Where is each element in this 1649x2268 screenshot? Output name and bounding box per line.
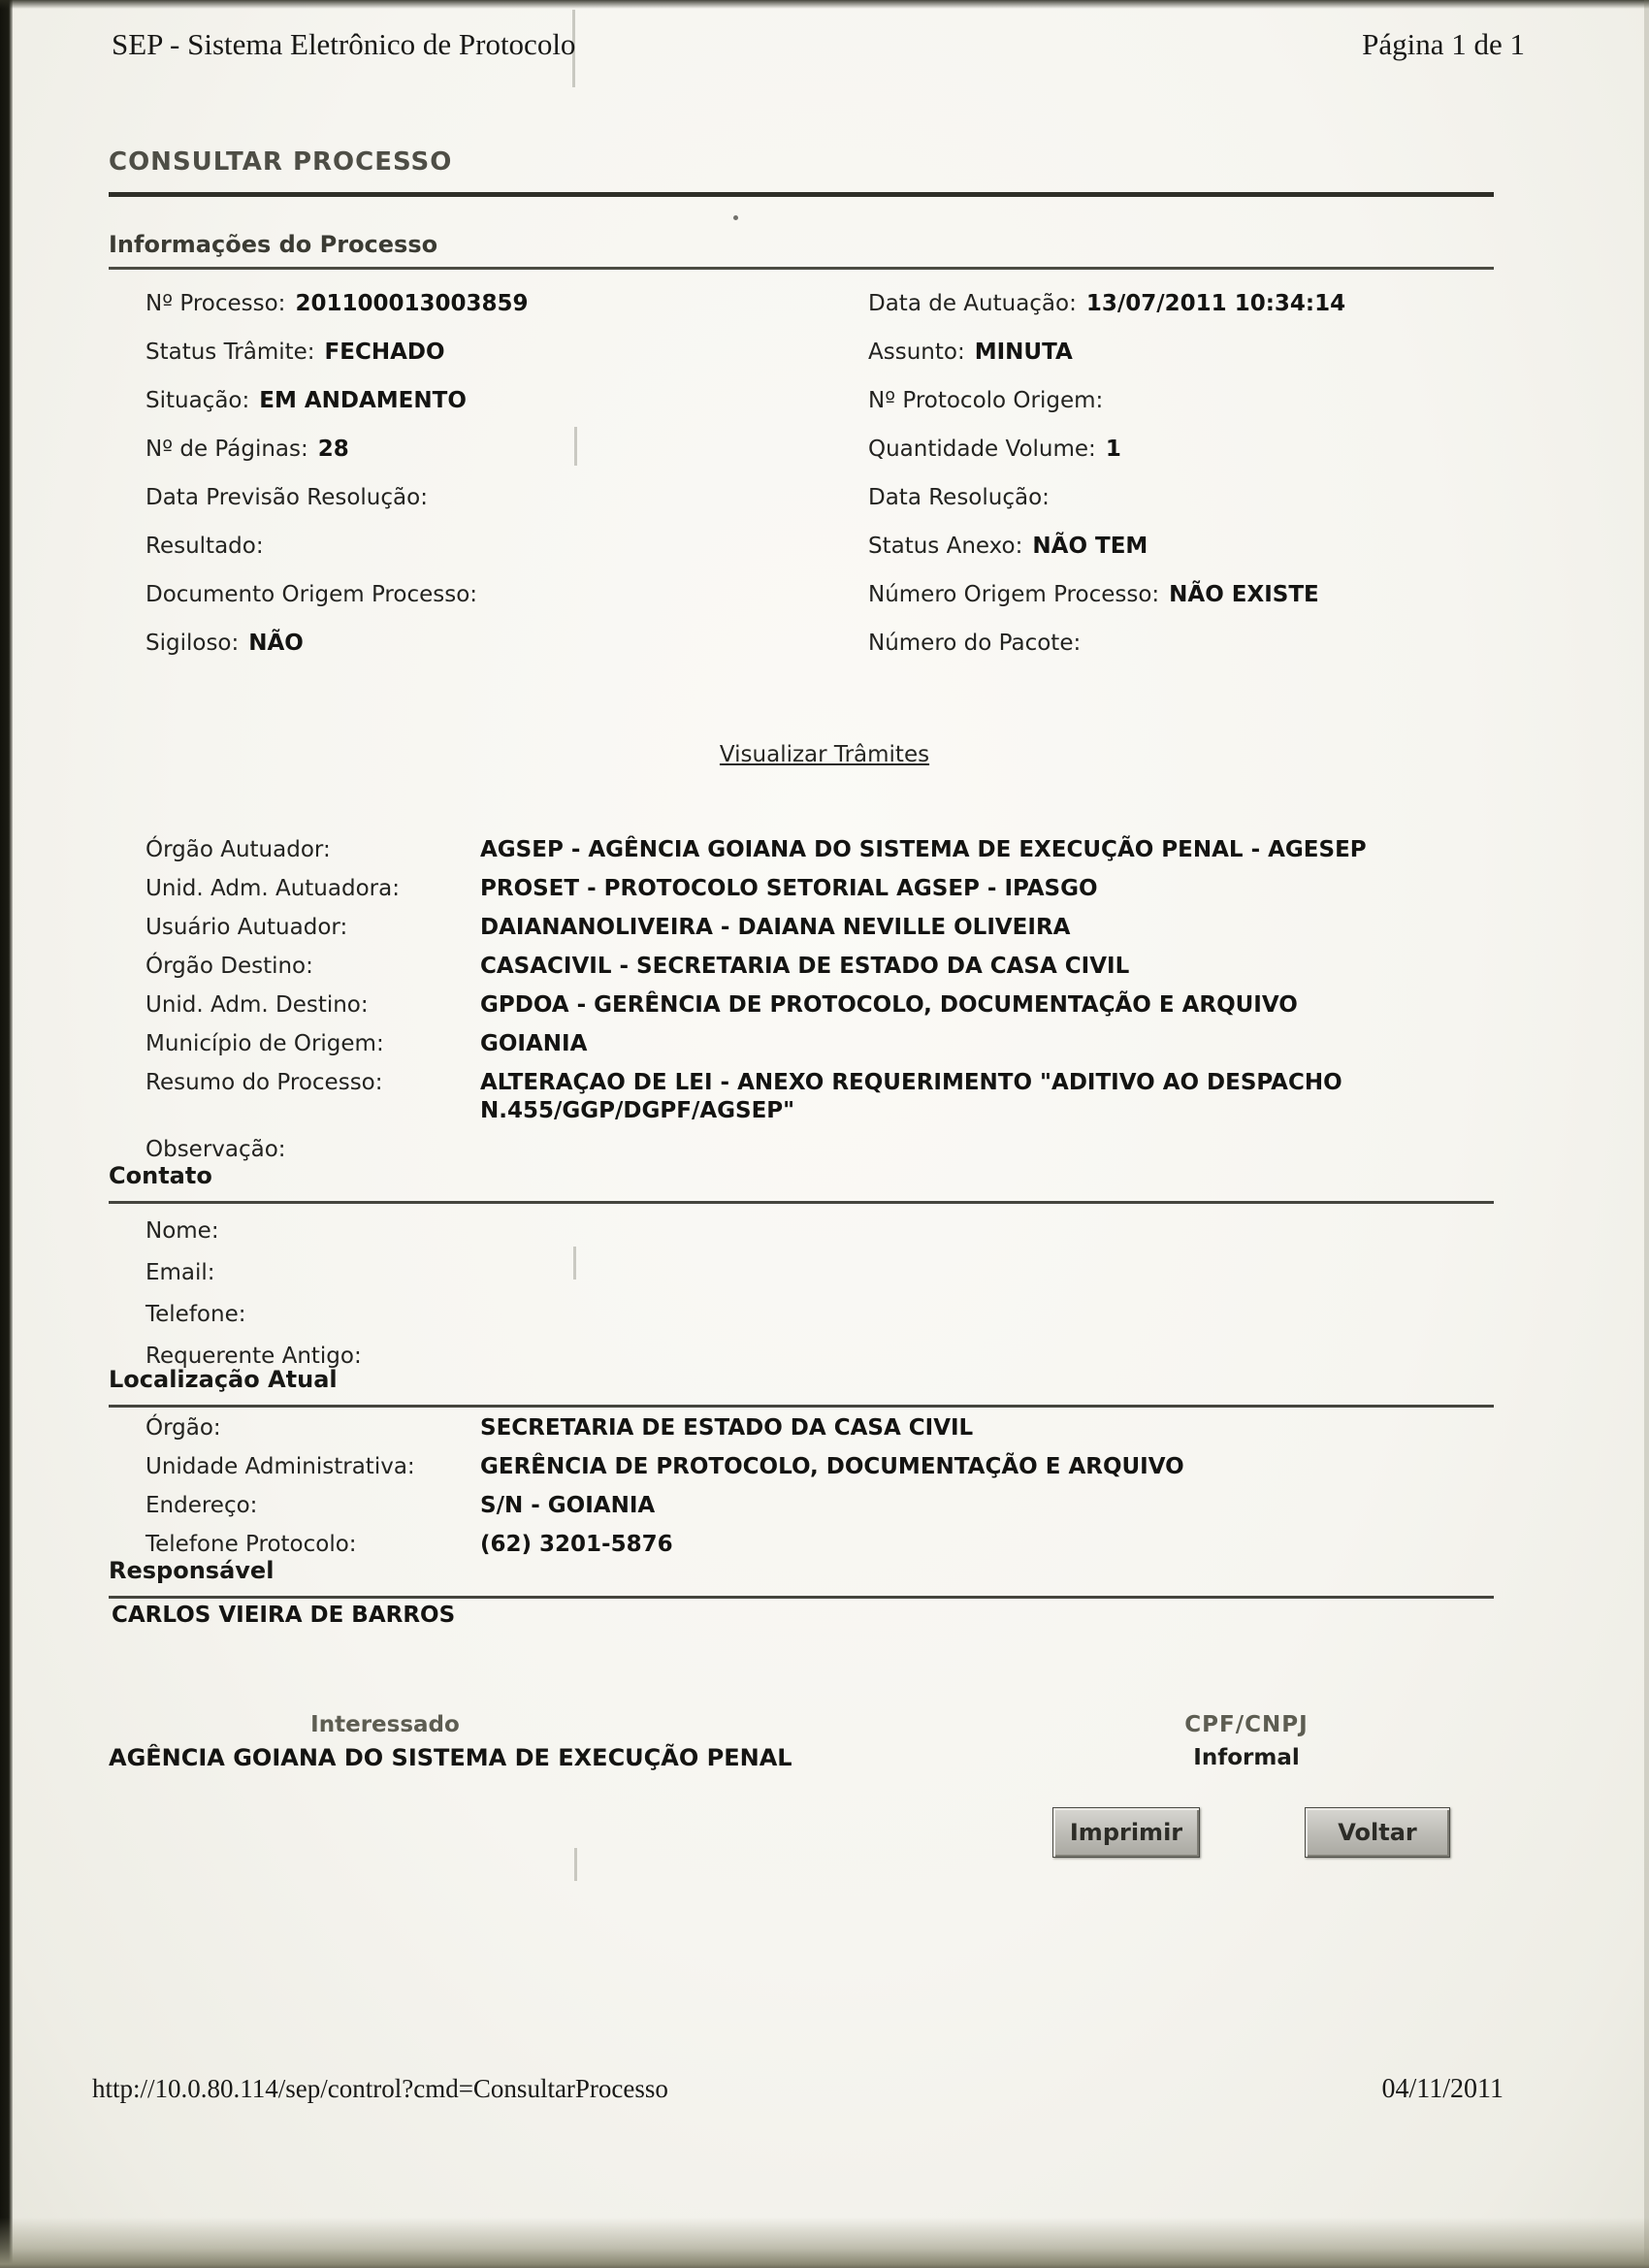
detail-row: Endereço:S/N - GOIANIA [145, 1492, 1436, 1520]
field-value: FECHADO [325, 340, 445, 365]
section-title: CONSULTAR PROCESSO [109, 147, 1494, 177]
field-row: Quantidade Volume:1 [868, 435, 1503, 483]
field-label: Assunto: [868, 340, 965, 365]
print-footer: http://10.0.80.114/sep/control?cmd=Consu… [92, 2074, 1503, 2105]
field-row: Data de Autuação:13/07/2011 10:34:14 [868, 289, 1503, 338]
field-value: 201100013003859 [295, 291, 528, 316]
page-indicator: Página 1 de 1 [1362, 27, 1525, 62]
detail-row: Observação: [145, 1136, 1436, 1164]
field-label: Data de Autuação: [868, 291, 1077, 316]
detail-row: Unidade Administrativa:GERÊNCIA DE PROTO… [145, 1453, 1436, 1481]
app-title: SEP - Sistema Eletrônico de Protocolo [112, 27, 575, 62]
imprimir-button[interactable]: Imprimir [1052, 1807, 1200, 1858]
print-header: SEP - Sistema Eletrônico de Protocolo Pá… [112, 27, 1525, 62]
field-label: Endereço: [145, 1492, 480, 1520]
voltar-button[interactable]: Voltar [1305, 1807, 1450, 1858]
field-label: Observação: [145, 1136, 480, 1164]
field-value: SECRETARIA DE ESTADO DA CASA CIVIL [480, 1414, 1382, 1442]
detail-row-resumo: Resumo do Processo:ALTERAÇAO DE LEI - AN… [145, 1069, 1436, 1125]
field-row: Resultado: [145, 532, 868, 580]
field-value: EM ANDAMENTO [259, 388, 467, 413]
field-value: 1 [1106, 437, 1121, 462]
field-label: Unid. Adm. Destino: [145, 991, 480, 1020]
field-row: Nº de Páginas:28 [145, 435, 868, 483]
field-label: Usuário Autuador: [145, 914, 480, 942]
scan-edge-bottom [0, 2218, 1649, 2268]
section-title: Localização Atual [109, 1366, 1494, 1393]
field-row: Nº Processo:201100013003859 [145, 289, 868, 338]
scan-edge-left [0, 0, 13, 2268]
interessado-header: Interessado [109, 1712, 662, 1737]
section-informacoes-processo: Informações do Processo [109, 231, 1494, 270]
field-label: Nome: [145, 1216, 362, 1258]
detail-row: Usuário Autuador:DAIANANOLIVEIRA - DAIAN… [145, 914, 1436, 942]
field-label: Resumo do Processo: [145, 1069, 480, 1097]
scan-artifact [573, 1247, 576, 1280]
print-date: 04/11/2011 [1382, 2074, 1503, 2105]
detail-row: Município de Origem:GOIANIA [145, 1030, 1436, 1058]
field-value: GOIANIA [480, 1030, 1382, 1058]
section-title: Responsável [109, 1557, 1494, 1584]
field-row: Status Trâmite:FECHADO [145, 338, 868, 386]
field-row: Assunto:MINUTA [868, 338, 1503, 386]
field-label: Unidade Administrativa: [145, 1453, 480, 1481]
process-info-grid: Nº Processo:201100013003859 Status Trâmi… [145, 289, 1503, 677]
field-label: Órgão Autuador: [145, 836, 480, 864]
field-value: S/N - GOIANIA [480, 1492, 1382, 1520]
field-value: NÃO TEM [1032, 534, 1148, 559]
field-row: Nº Protocolo Origem: [868, 386, 1503, 435]
cpf-cnpj-header: CPF/CNPJ [1115, 1712, 1377, 1737]
scan-artifact [733, 215, 738, 220]
field-value: ALTERAÇAO DE LEI - ANEXO REQUERIMENTO "A… [480, 1069, 1382, 1125]
field-value: (62) 3201-5876 [480, 1531, 1382, 1559]
responsavel-name: CARLOS VIEIRA DE BARROS [112, 1603, 455, 1628]
detail-row: Unid. Adm. Destino:GPDOA - GERÊNCIA DE P… [145, 991, 1436, 1020]
field-label: Documento Origem Processo: [145, 582, 477, 607]
field-label: Telefone: [145, 1300, 362, 1342]
detail-row: Órgão:SECRETARIA DE ESTADO DA CASA CIVIL [145, 1414, 1436, 1442]
field-label: Sigiloso: [145, 631, 239, 656]
field-value: PROSET - PROTOCOLO SETORIAL AGSEP - IPAS… [480, 875, 1382, 903]
field-label: Data Previsão Resolução: [145, 485, 428, 510]
field-row: Status Anexo:NÃO TEM [868, 532, 1503, 580]
field-value: CASACIVIL - SECRETARIA DE ESTADO DA CASA… [480, 953, 1382, 981]
field-label: Unid. Adm. Autuadora: [145, 875, 480, 903]
scan-edge-top [0, 0, 1649, 9]
section-responsavel: Responsável [109, 1557, 1494, 1599]
field-label: Telefone Protocolo: [145, 1531, 480, 1559]
field-row: Número do Pacote: [868, 629, 1503, 677]
field-label: Nº Processo: [145, 291, 285, 316]
field-value: MINUTA [975, 340, 1073, 365]
section-localizacao-atual: Localização Atual [109, 1366, 1494, 1408]
visualizar-tramites-link[interactable]: Visualizar Trâmites [720, 742, 929, 767]
field-value: DAIANANOLIVEIRA - DAIANA NEVILLE OLIVEIR… [480, 914, 1382, 942]
field-label: Quantidade Volume: [868, 437, 1096, 462]
field-label: Número do Pacote: [868, 631, 1081, 656]
field-value: NÃO EXISTE [1169, 582, 1319, 607]
field-label: Data Resolução: [868, 485, 1050, 510]
field-label: Situação: [145, 388, 249, 413]
field-row: Data Resolução: [868, 483, 1503, 532]
field-value: GERÊNCIA DE PROTOCOLO, DOCUMENTAÇÃO E AR… [480, 1453, 1382, 1481]
field-row: Documento Origem Processo: [145, 580, 868, 629]
field-value: NÃO [248, 631, 304, 656]
field-label: Nº de Páginas: [145, 437, 308, 462]
contato-fields: Nome: Email: Telefone: Requerente Antigo… [145, 1216, 362, 1383]
field-label: Status Trâmite: [145, 340, 315, 365]
field-label: Órgão Destino: [145, 953, 480, 981]
field-value: 13/07/2011 10:34:14 [1086, 291, 1345, 316]
cpf-cnpj-value: Informal [1115, 1745, 1377, 1770]
field-label: Status Anexo: [868, 534, 1022, 559]
field-label: Município de Origem: [145, 1030, 480, 1058]
field-label: Nº Protocolo Origem: [868, 388, 1103, 413]
section-contato: Contato [109, 1162, 1494, 1204]
section-consultar-processo: CONSULTAR PROCESSO [109, 147, 1494, 197]
localizacao-fields: Órgão:SECRETARIA DE ESTADO DA CASA CIVIL… [145, 1414, 1436, 1570]
detail-row: Órgão Destino:CASACIVIL - SECRETARIA DE … [145, 953, 1436, 981]
field-label: Email: [145, 1258, 362, 1300]
field-row: Sigiloso:NÃO [145, 629, 868, 677]
info-column-right: Data de Autuação:13/07/2011 10:34:14 Ass… [868, 289, 1503, 677]
section-title: Contato [109, 1162, 1494, 1189]
field-label: Órgão: [145, 1414, 480, 1442]
process-detail-rows: Órgão Autuador:AGSEP - AGÊNCIA GOIANA DO… [145, 836, 1436, 1175]
scan-edge-right [1644, 0, 1649, 2268]
scanned-page: SEP - Sistema Eletrônico de Protocolo Pá… [0, 0, 1649, 2268]
interessado-value: AGÊNCIA GOIANA DO SISTEMA DE EXECUÇÃO PE… [109, 1744, 792, 1771]
field-label: Resultado: [145, 534, 264, 559]
detail-row: Telefone Protocolo:(62) 3201-5876 [145, 1531, 1436, 1559]
field-value: GPDOA - GERÊNCIA DE PROTOCOLO, DOCUMENTA… [480, 991, 1382, 1020]
field-row: Data Previsão Resolução: [145, 483, 868, 532]
field-value: 28 [318, 437, 349, 462]
field-label: Número Origem Processo: [868, 582, 1159, 607]
field-value: AGSEP - AGÊNCIA GOIANA DO SISTEMA DE EXE… [480, 836, 1382, 864]
detail-row: Unid. Adm. Autuadora:PROSET - PROTOCOLO … [145, 875, 1436, 903]
info-column-left: Nº Processo:201100013003859 Status Trâmi… [145, 289, 868, 677]
field-row: Número Origem Processo:NÃO EXISTE [868, 580, 1503, 629]
tramites-link-wrapper: Visualizar Trâmites [0, 742, 1649, 767]
scan-artifact [574, 1848, 577, 1881]
section-title: Informações do Processo [109, 231, 1494, 258]
detail-row: Órgão Autuador:AGSEP - AGÊNCIA GOIANA DO… [145, 836, 1436, 864]
field-row: Situação:EM ANDAMENTO [145, 386, 868, 435]
source-url: http://10.0.80.114/sep/control?cmd=Consu… [92, 2074, 668, 2104]
